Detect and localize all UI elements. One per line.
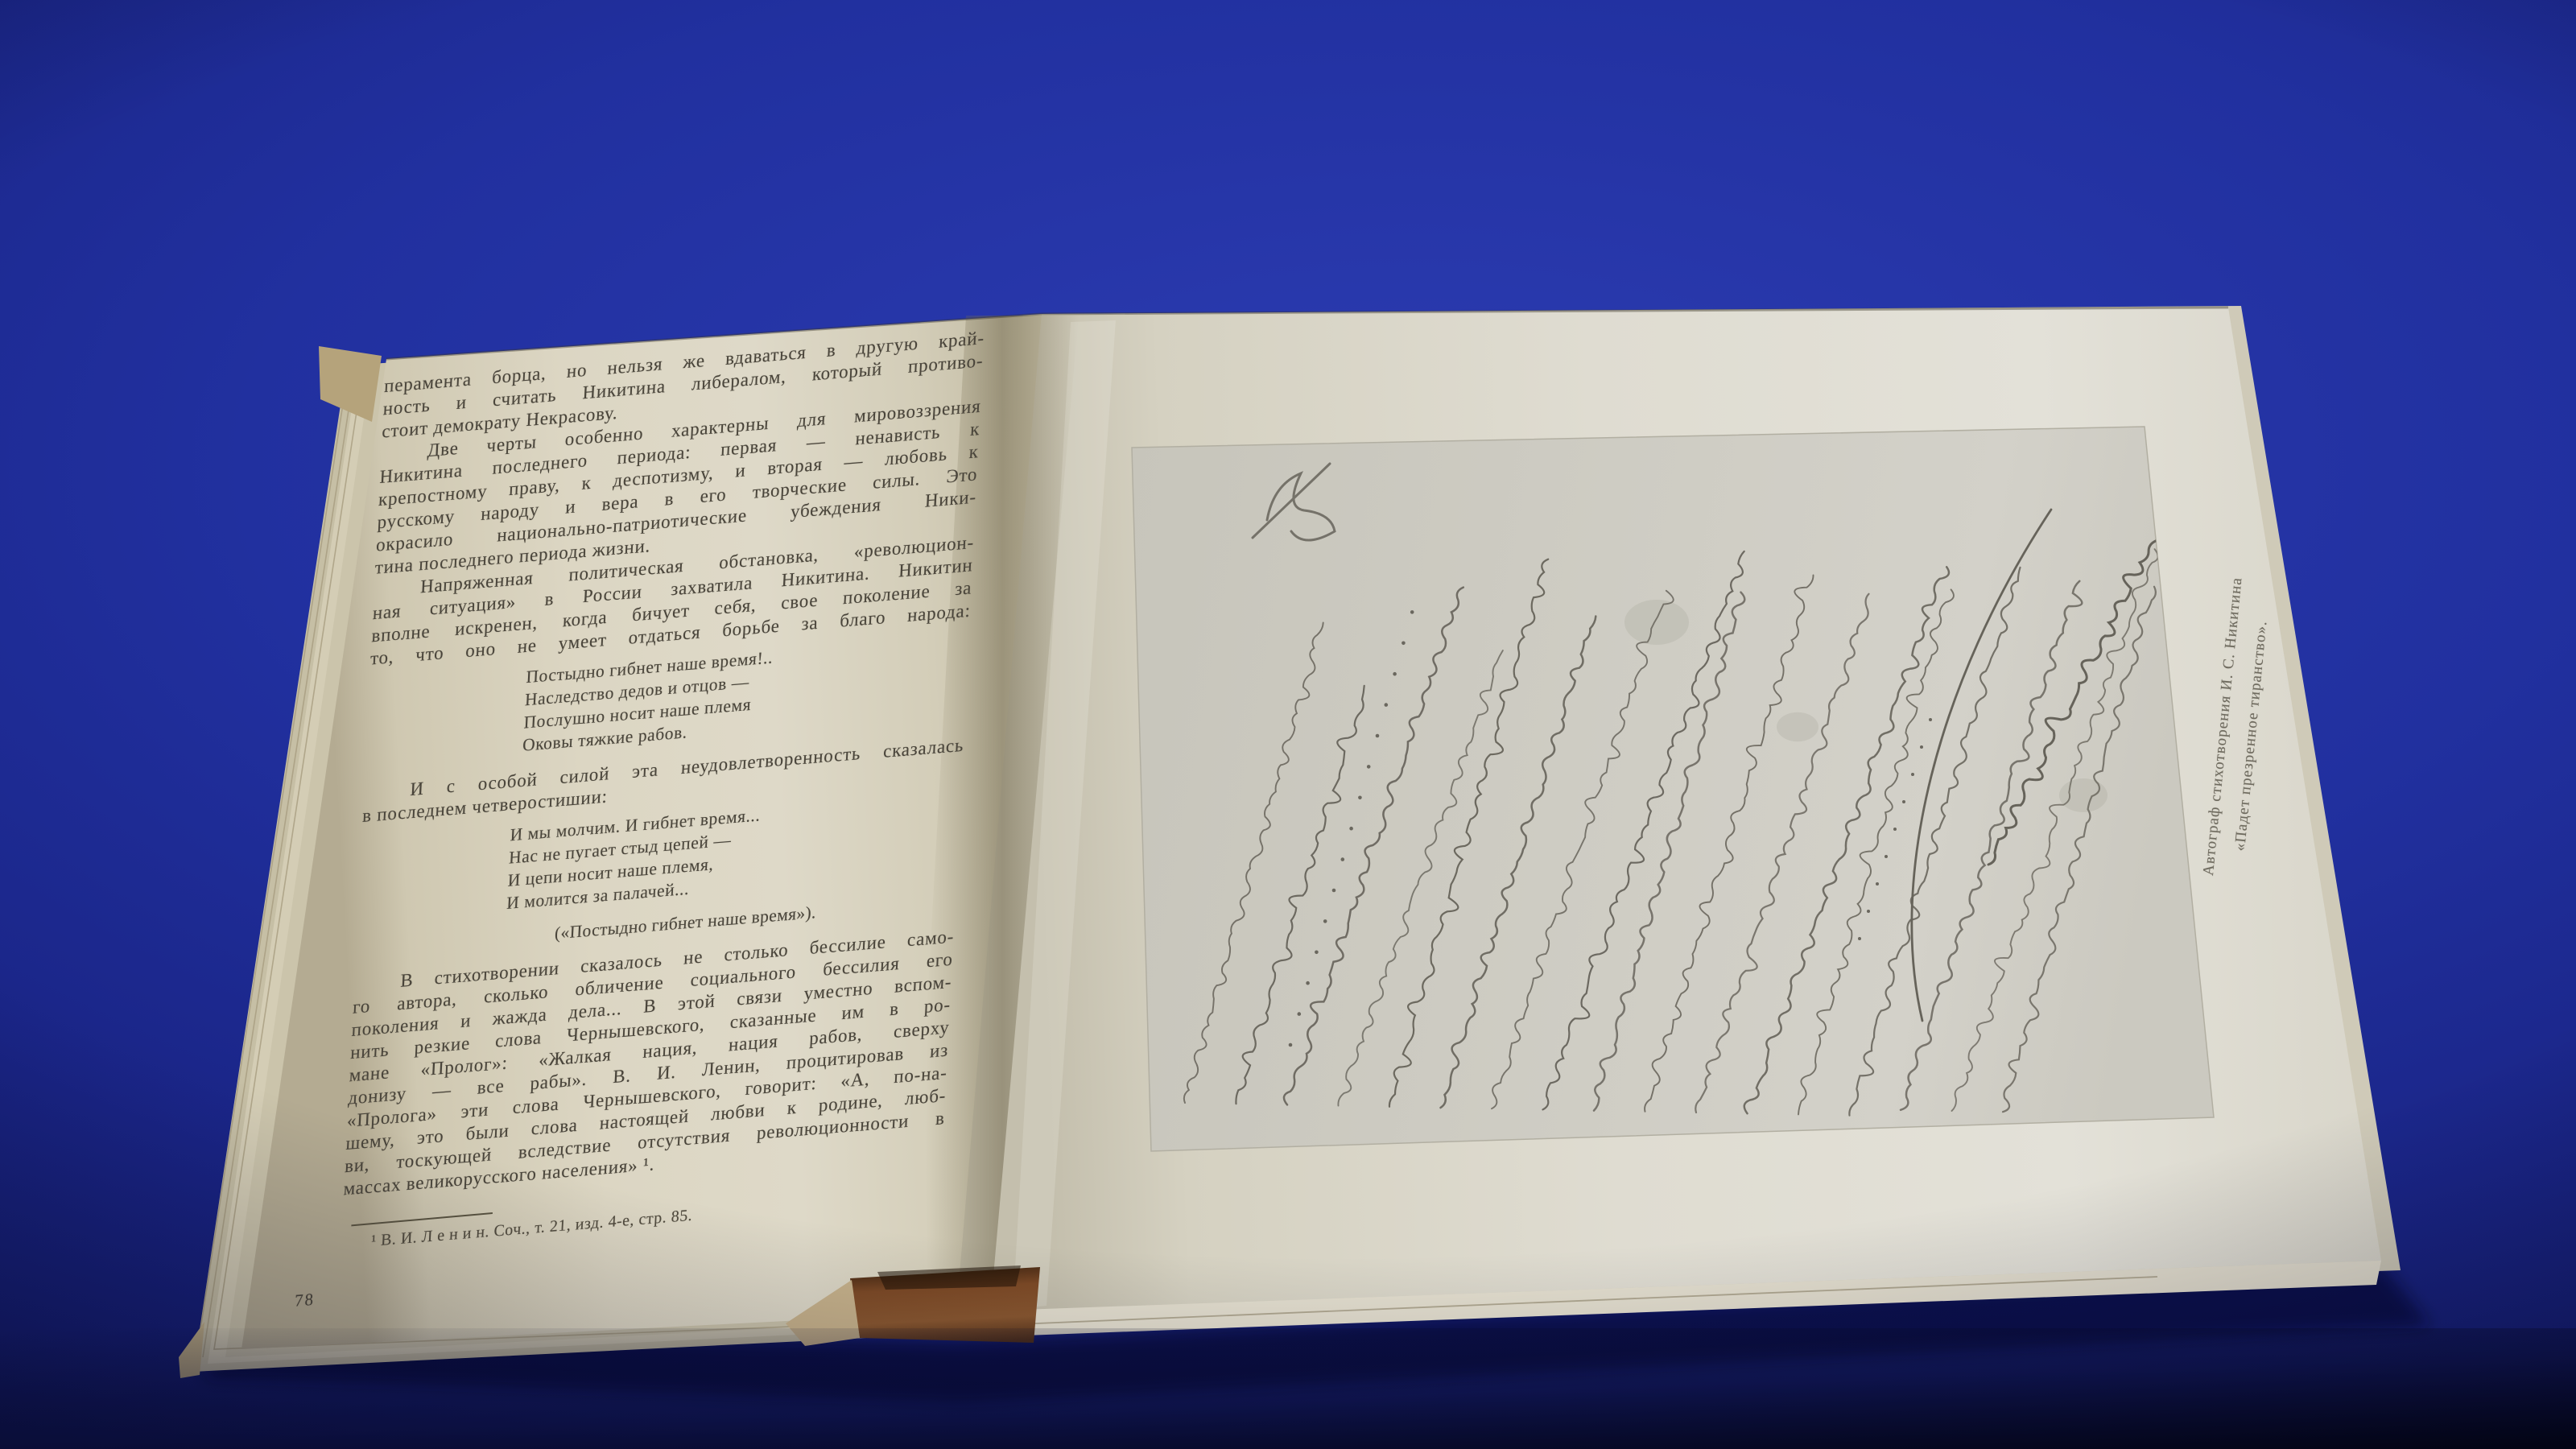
book-photo-scene: перамента борца, но нельзя же вдаваться …	[0, 0, 2576, 1449]
table-edge-shadow	[0, 1328, 2576, 1449]
photo-vignette	[0, 0, 2576, 1449]
